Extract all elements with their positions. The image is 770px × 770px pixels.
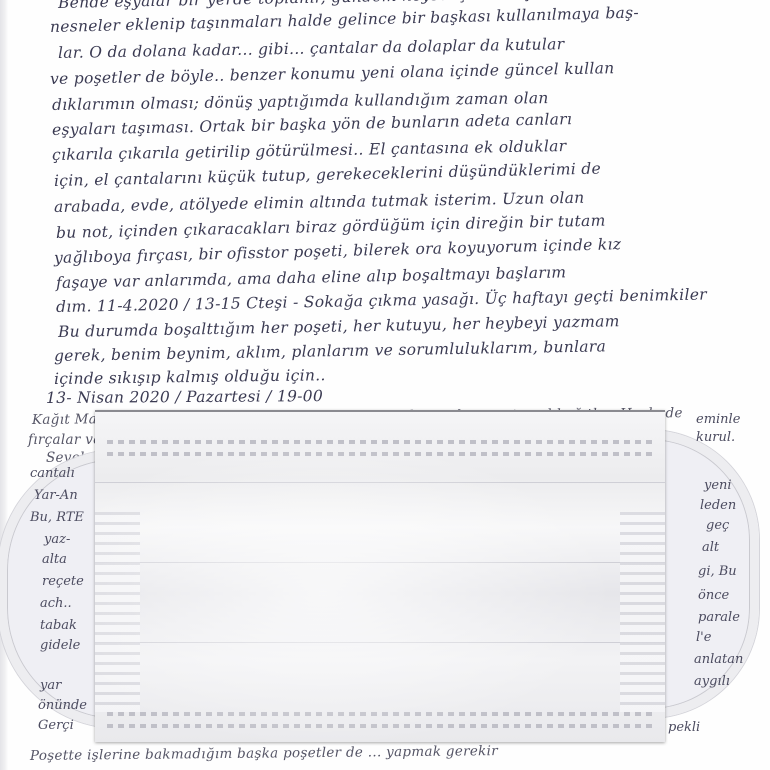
margin-fragment: yaz-: [44, 532, 70, 547]
margin-fragment: Yar-An: [34, 488, 78, 503]
handwritten-line: faşaye var anlarımda, ama daha eline alı…: [56, 263, 567, 292]
handwritten-line: eşyaları taşıması. Ortak bir başka yön d…: [52, 110, 573, 139]
mask-sheen: [95, 412, 665, 742]
handwritten-line: dıklarımın olması; dönüş yaptığımda kull…: [52, 89, 549, 114]
margin-fragment: l'e: [696, 630, 711, 645]
margin-fragment: pekli: [668, 720, 700, 735]
margin-fragment: reçete: [42, 574, 84, 589]
margin-fragment: gidele: [40, 638, 80, 653]
handwritten-line: için, el çantalarını küçük tutup, gereke…: [54, 160, 601, 190]
margin-fragment: geç: [706, 518, 729, 533]
margin-fragment: kurul.: [696, 430, 735, 445]
margin-fragment: aygılı: [694, 674, 730, 689]
handwritten-line: ve poşetler de böyle.. benzer konumu yen…: [50, 59, 615, 88]
margin-fragment: cantalı: [30, 466, 75, 481]
margin-fragment: Gerçi: [38, 718, 74, 733]
margin-fragment: leden: [700, 498, 736, 513]
margin-fragment: gi, Bu: [698, 564, 737, 579]
margin-fragment: alt: [702, 540, 719, 555]
handwritten-line: çıkarıla çıkarıla getirilip götürülmesi.…: [52, 137, 567, 164]
handwritten-line: lar. O da dolana kadar... gibi... çantal…: [58, 35, 565, 62]
handwritten-date-line: 13- Nisan 2020 / Pazartesi / 19-00: [46, 387, 323, 407]
handwritten-line: Bu durumda boşalttığım her poşeti, her k…: [58, 312, 620, 341]
margin-fragment: alta: [42, 552, 67, 567]
margin-fragment: parale: [698, 610, 740, 625]
margin-fragment: yar: [40, 678, 61, 693]
handwritten-line: arabada, evde, atölyede elimin altında t…: [54, 189, 585, 216]
handwritten-line: içinde sıkışıp kalmış olduğu için..: [54, 366, 326, 388]
surgical-face-mask: [95, 410, 665, 742]
handwritten-bottom-line: Poşette işlerine bakmadığım başka poşetl…: [30, 743, 498, 764]
margin-fragment: Bu, RTE: [30, 510, 84, 525]
margin-fragment: önce: [698, 588, 729, 603]
margin-fragment: tabak: [40, 618, 77, 633]
margin-fragment: yeni: [704, 478, 732, 493]
margin-fragment: ach..: [40, 596, 72, 611]
margin-fragment: önünde: [38, 698, 87, 713]
margin-fragment: anlatan: [694, 652, 743, 667]
margin-fragment: eminle: [696, 412, 740, 427]
scanned-journal-page: Bende eşyalar bir yerde toplanır, gündem…: [0, 0, 770, 770]
handwritten-line: gerek, benim beynim, aklım, planlarım ve…: [54, 337, 606, 365]
